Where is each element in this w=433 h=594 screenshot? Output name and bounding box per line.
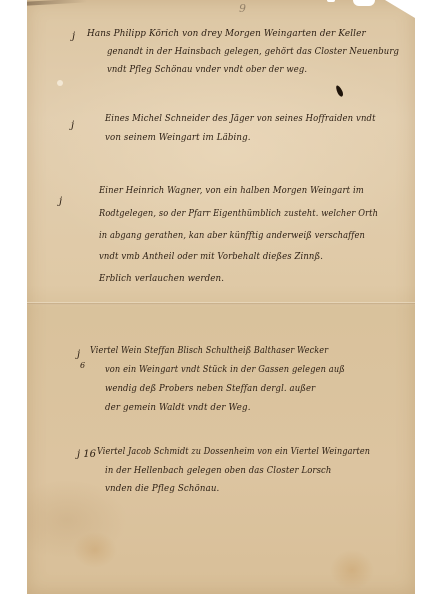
entry-marker: j	[71, 120, 74, 131]
entry-line: Einer Heinrich Wagner, von ein halben Mo…	[99, 185, 364, 196]
page-number: 9	[239, 2, 246, 15]
entry-line: Eines Michel Schneider des Jäger von sei…	[105, 113, 376, 124]
paper-stain	[57, 80, 63, 86]
entry-marker: j 16	[77, 449, 96, 460]
entry-line: vndt Pfleg Schönau vnder vndt ober der w…	[107, 64, 307, 75]
entry-line: Viertel Wein Steffan Blisch Schultheiß B…	[90, 345, 328, 356]
entry-marker: j	[59, 196, 62, 207]
entry-line: Hans Philipp Körich von drey Morgen Wein…	[87, 28, 366, 39]
entry-line: von seinem Weingart im Läbing.	[105, 132, 251, 143]
top-edge-shadow	[27, 0, 87, 6]
torn-edge	[327, 0, 335, 2]
entry-sub-marker: 6	[80, 361, 85, 370]
entry-line: in abgang gerathen, kan aber künfftig an…	[99, 230, 365, 241]
entry-line: in der Hellenbach gelegen oben das Clost…	[105, 465, 331, 476]
entry-marker: j	[72, 31, 75, 42]
fold-line	[27, 302, 415, 305]
entry-line: von ein Weingart vndt Stück in der Gasse…	[105, 364, 345, 375]
entry-line: wendig deß Probers neben Steffan dergl. …	[105, 383, 315, 394]
entry-line: vndt vmb Antheil oder mit Vorbehalt dieß…	[99, 251, 323, 262]
manuscript-page: 9 j Hans Philipp Körich von drey Morgen …	[27, 0, 415, 594]
entry-line: vnden die Pfleg Schönau.	[105, 483, 219, 494]
ink-blot	[335, 85, 345, 98]
entry-line: genandt in der Hainsbach gelegen, gehört…	[107, 46, 399, 57]
torn-corner	[385, 0, 415, 18]
entry-line: Viertel Jacob Schmidt zu Dossenheim von …	[97, 446, 370, 457]
entry-marker: j	[77, 349, 80, 360]
torn-edge	[353, 0, 375, 6]
entry-line: Erblich verlauchen werden.	[99, 273, 224, 284]
entry-line: Rodtgelegen, so der Pfarr Eigenthümblich…	[99, 208, 378, 219]
entry-line: der gemein Waldt vndt der Weg.	[105, 402, 251, 413]
